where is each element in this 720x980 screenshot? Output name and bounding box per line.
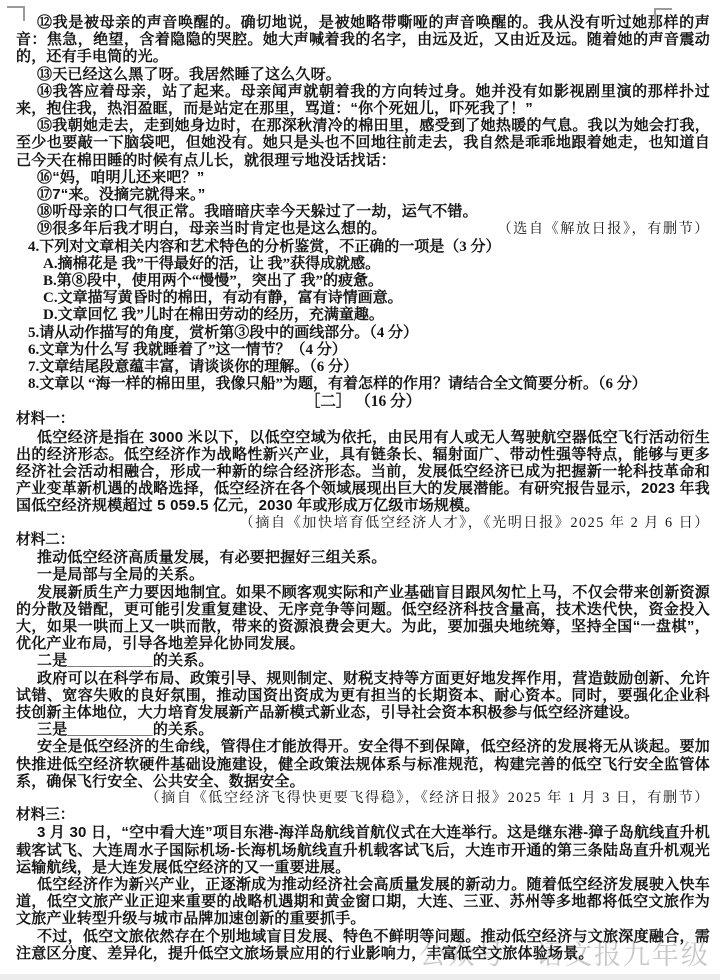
material-2-label: 材料二：: [16, 532, 710, 549]
material-2-paragraph-3: 安全是低空经济的生命线，管得住才能放得开。安全得不到保障，低空经济的发展将无从谈…: [16, 738, 710, 790]
question-6: 6.文章为什么写 我就睡着了”这一情节？（4 分）: [16, 342, 710, 359]
material-3-paragraph-3: 不过，低空文旅依然存在个别地域盲目发展、特色不鲜明等问题。推动低空经济与文旅深度…: [16, 928, 710, 962]
material-3-label: 材料三：: [16, 807, 710, 824]
corner-mark-top-right-icon: [654, 8, 672, 26]
corner-mark-top-left-icon: [7, 6, 25, 21]
material-2-paragraph-1: 发展新质生产力要因地制宜。如果不顾客观实际和产业基础盲目跟风匆忙上马，不仅会带来…: [16, 584, 710, 653]
section-two-header: ［二］ （16 分）: [16, 393, 710, 411]
question-4-option-c: C.文章描写黄昏时的棉田，有动有静，富有诗情画意。: [16, 290, 710, 307]
question-7: 7.文章结尾段意蕴丰富，请谈谈你的理解。（6 分）: [16, 359, 710, 376]
material-2-heading-1: 一是局部与全局的关系。: [16, 566, 710, 583]
passage-source: （选自《解放日报》，有删节）: [497, 221, 710, 238]
material-2-intro: 推动低空经济高质量发展，有必要把握好三组关系。: [16, 549, 710, 566]
passage-paragraph-13: ⑬天已经这么黑了呀。我居然睡了这么久呀。: [16, 66, 710, 83]
passage-paragraph-15: ⑮我朝她走去，走到她身边时，在那深秋清冷的棉田里，感受到了她热暖的气息。我以为她…: [16, 117, 710, 169]
passage-paragraph-12: ⑫我是被母亲的声音唤醒的。确切地说，是被她略带嘶哑的声音唤醒的。我从没有听过她那…: [16, 14, 710, 66]
page-content: ⑫我是被母亲的声音唤醒的。确切地说，是被她略带嘶哑的声音唤醒的。我从没有听过她那…: [16, 14, 710, 962]
passage-paragraph-19: ⑲很多年后我才明白，母亲当时肯定也是这么想的。: [16, 220, 387, 237]
question-8: 8.文章以 “海一样的棉田里，我像只船”为题，有着怎样的作用？请结合全文简要分析…: [16, 376, 710, 393]
material-2-source: （摘自《低空经济飞得快更要飞得稳》，《经济日报》2025 年 1 月 3 日，有…: [16, 790, 710, 807]
question-4-option-a: A.摘棉花是 我”干得最好的活，让 我”获得成就感。: [16, 256, 710, 273]
question-4-option-d: D.文章回忆 我”儿时在棉田劳动的经历，充满童趣。: [16, 307, 710, 324]
passage-paragraph-18: ⑱听母亲的口气很正常。我暗暗庆幸今天躲过了一劫，运气不错。: [16, 203, 710, 220]
question-4-option-b: B.第⑧段中，使用两个“慢慢”，突出了 我”的疲惫。: [16, 273, 710, 290]
question-4: 4.下列对文章相关内容和艺术特色的分析鉴赏，不正确的一项是（3 分）: [16, 239, 710, 256]
passage-paragraph-17: ⑰7“来。没摘完就得来。”: [16, 186, 710, 203]
passage-paragraph-16: ⑯“妈，咱明儿还来吧？”: [16, 169, 710, 186]
material-2-heading-3: 三是__________的关系。: [16, 721, 710, 738]
question-5: 5.请从动作描写的角度，赏析第③段中的画线部分。（4 分）: [16, 325, 710, 342]
passage-paragraph-14: ⑭我答应着母亲，站了起来。母亲闻声就朝着我的方向转过身。她并没有如影视剧里演的那…: [16, 83, 710, 117]
material-3-paragraph-2: 低空经济作为新兴产业，正逐渐成为推动经济社会高质量发展的新动力。随着低空经济发展…: [16, 876, 710, 928]
material-2-heading-2: 二是__________的关系。: [16, 652, 710, 669]
material-1-label: 材料一：: [16, 411, 710, 428]
material-3-paragraph-1: 3 月 30 日，“空中看大连”项目东港-海洋岛航线首航仪式在大连举行。这是继东…: [16, 824, 710, 876]
material-1-source: （摘自《加快培育低空经济人才》，《光明日报》2025 年 2 月 6 日）: [16, 515, 710, 532]
exam-page: 公众号 · 语文报九年级 ⑫我是被母亲的声音唤醒的。确切地说，是被她略带嘶哑的声…: [0, 0, 720, 980]
passage-last-line: ⑲很多年后我才明白，母亲当时肯定也是这么想的。 （选自《解放日报》，有删节）: [16, 220, 710, 238]
material-1-paragraph: 低空经济是指在 3000 米以下，以低空空域为依托，由民用有人或无人驾驶航空器低…: [16, 429, 710, 515]
material-2-paragraph-2: 政府可以在科学布局、政策引导、规则制定、财税支持等方面更好地发挥作用，营造鼓励创…: [16, 670, 710, 722]
scan-bottom-edge: [0, 974, 720, 980]
